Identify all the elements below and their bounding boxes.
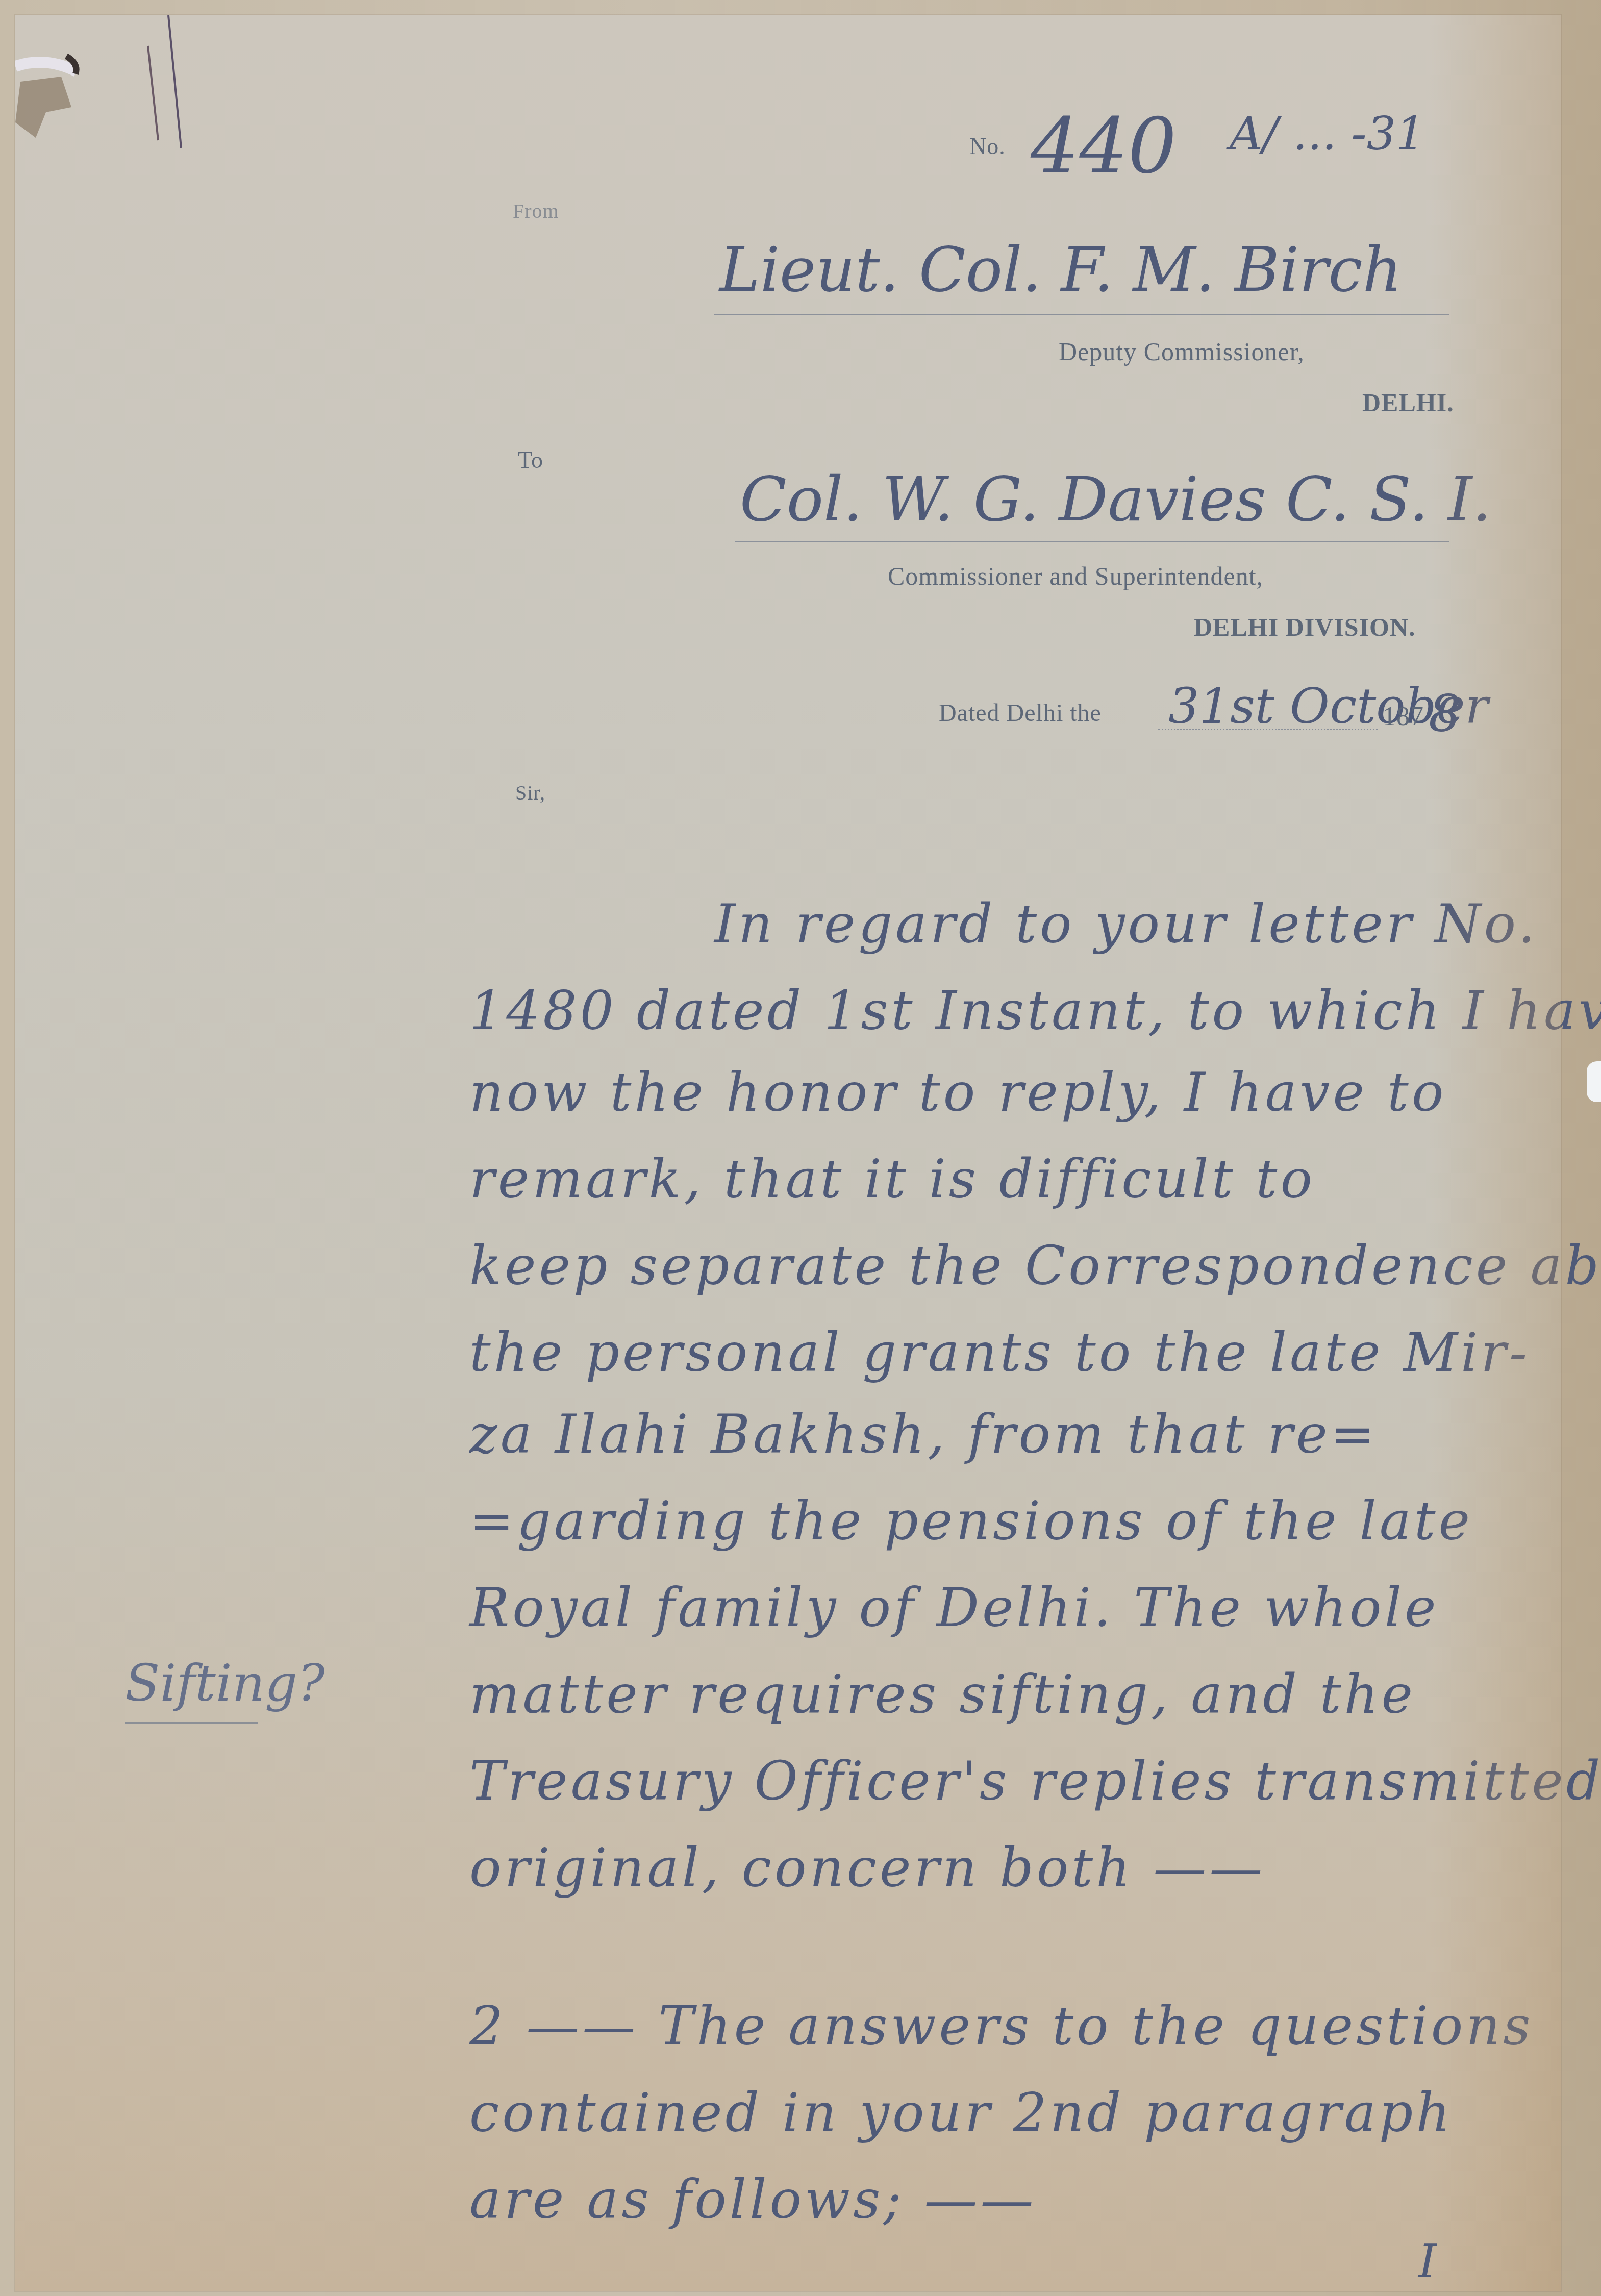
reference-number: 440: [1031, 102, 1177, 191]
body-line: In regard to your letter No.: [714, 893, 1531, 955]
to-name: Col. W. G. Davies C. S. I.: [740, 464, 1492, 535]
from-title: Deputy Commissioner,: [1059, 337, 1305, 366]
to-label: To: [518, 446, 543, 473]
body-line: 2 —— The answers to the questions: [469, 1995, 1531, 2057]
body-line: the personal grants to the late Mir-: [469, 1321, 1531, 1384]
to-title: Commissioner and Superintendent,: [888, 561, 1263, 591]
body-line: 1480 dated 1st Instant, to which I have: [469, 980, 1531, 1042]
from-name-rule: [714, 314, 1449, 315]
page-mark: I: [1418, 2235, 1437, 2288]
margin-note: Sifting?: [125, 1653, 325, 1713]
from-name: Lieut. Col. F. M. Birch: [719, 235, 1402, 306]
body-line: are as follows; ——: [469, 2168, 1531, 2231]
body-line: original, concern both ——: [469, 1837, 1531, 1899]
dated-rule: [1158, 729, 1378, 730]
to-name-rule: [735, 541, 1449, 542]
letter-sheet: No. 440 A/ ... -31 From Lieut. Col. F. M…: [15, 15, 1561, 2291]
margin-note-underline: [125, 1722, 258, 1724]
paper-tag: [1587, 1061, 1601, 1102]
margin-marks-icon: [138, 15, 184, 153]
from-place: DELHI.: [1362, 388, 1454, 417]
reference-suffix: A/ ... -31: [1230, 107, 1425, 161]
dated-year-printed: 187: [1383, 702, 1424, 732]
body-line: Treasury Officer's replies transmitted i…: [469, 1750, 1531, 1812]
binding-clip-icon: [15, 36, 82, 138]
to-place: DELHI DIVISION.: [1194, 612, 1416, 642]
body-line: matter requires sifting, and the: [469, 1663, 1531, 1726]
body-line: za Ilahi Bakhsh, from that re=: [469, 1403, 1531, 1465]
body-line: =garding the pensions of the late: [469, 1490, 1531, 1552]
body-line: keep separate the Correspondence about: [469, 1235, 1531, 1297]
dated-year-hand: 8: [1429, 684, 1461, 743]
body-line: Royal family of Delhi. The whole: [469, 1577, 1531, 1639]
salutation: Sir,: [515, 781, 545, 805]
body-line: remark, that it is difficult to: [469, 1148, 1531, 1210]
dated-prefix: Dated Delhi the: [939, 699, 1102, 727]
reference-prefix: No.: [969, 133, 1006, 160]
from-label: From: [513, 199, 559, 223]
body-line: contained in your 2nd paragraph: [469, 2082, 1531, 2144]
dated-day-month: 31st October: [1168, 679, 1488, 735]
body-line: now the honor to reply, I have to: [469, 1061, 1531, 1124]
